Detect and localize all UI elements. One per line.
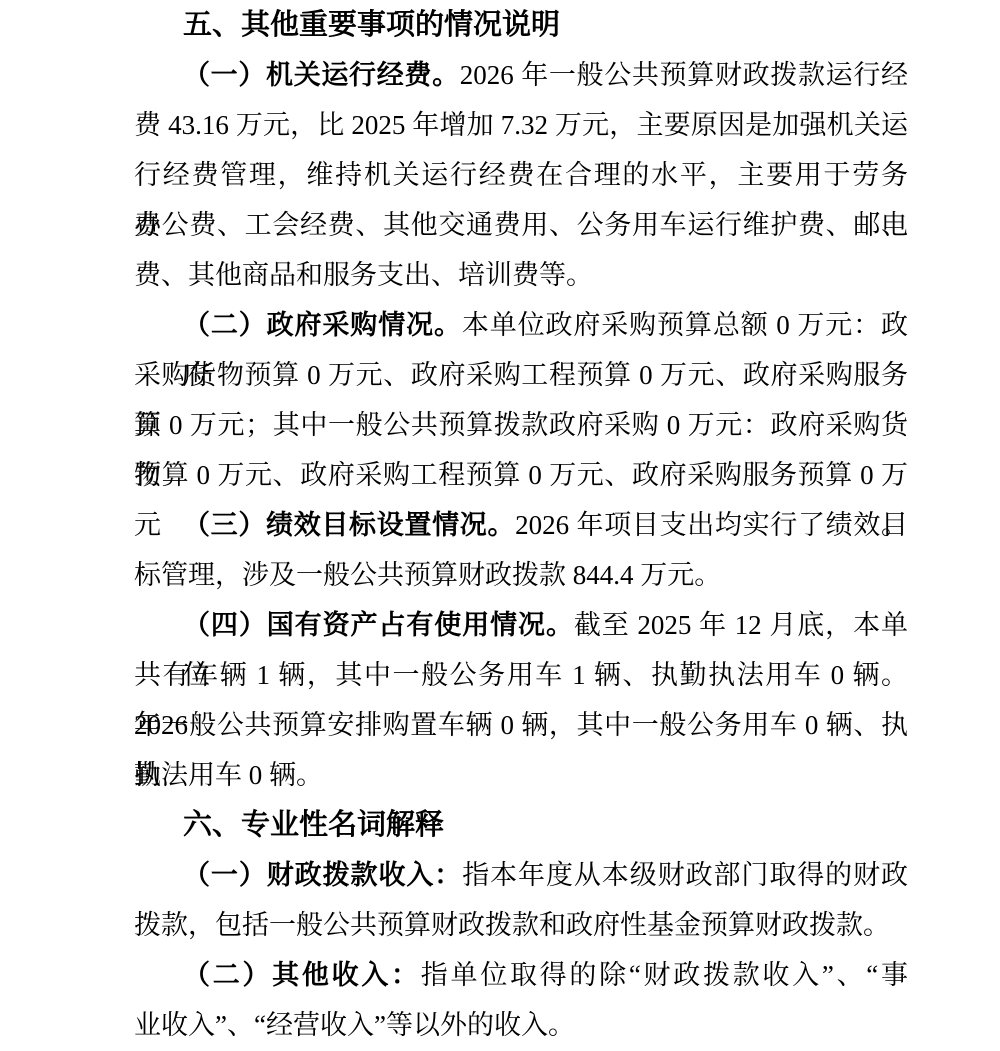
paragraph-body-text: 2026 年项目支出均实行了绩效目 bbox=[515, 510, 908, 540]
document-line: 业收入”、“经营收入”等以外的收入。 bbox=[134, 1000, 908, 1050]
document-line: 费 43.16 万元，比 2025 年增加 7.32 万元，主要原因是加强机关运 bbox=[134, 100, 908, 150]
paragraph-body-text: 办公费、工会经费、其他交通费用、公务用车运行维护费、邮电 bbox=[134, 210, 908, 240]
document-line: （四）国有资产占有使用情况。截至 2025 年 12 月底，本单位 bbox=[134, 600, 908, 650]
document-line: 拨款，包括一般公共预算财政拨款和政府性基金预算财政拨款。 bbox=[134, 900, 908, 950]
document-line: （二）其他收入：指单位取得的除“财政拨款收入”、“事 bbox=[134, 950, 908, 1000]
paragraph-body-text: 费、其他商品和服务支出、培训费等。 bbox=[134, 260, 593, 290]
paragraph-body-text: 业收入”、“经营收入”等以外的收入。 bbox=[134, 1010, 575, 1040]
document-line: 预算 0 万元、政府采购工程预算 0 万元、政府采购服务预算 0 万元。 bbox=[134, 450, 908, 500]
section-heading-text: 六、专业性名词解释 bbox=[183, 809, 444, 841]
paragraph-body-text: 拨款，包括一般公共预算财政拨款和政府性基金预算财政拨款。 bbox=[134, 910, 890, 940]
document-body: 五、其他重要事项的情况说明（一）机关运行经费。2026 年一般公共预算财政拨款运… bbox=[134, 0, 908, 1050]
paragraph-lead-text: （四）国有资产占有使用情况。 bbox=[183, 610, 574, 640]
paragraph-body-text: 指单位取得的除“财政拨款收入”、“事 bbox=[421, 960, 908, 990]
document-line: 费、其他商品和服务支出、培训费等。 bbox=[134, 250, 908, 300]
document-line: （三）绩效目标设置情况。2026 年项目支出均实行了绩效目 bbox=[134, 500, 908, 550]
document-line: 办公费、工会经费、其他交通费用、公务用车运行维护费、邮电 bbox=[134, 200, 908, 250]
document-line: 共有车辆 1 辆，其中一般公务用车 1 辆、执勤执法用车 0 辆。2026 bbox=[134, 650, 908, 700]
paragraph-lead-text: （二）政府采购情况。 bbox=[183, 310, 462, 340]
document-line: （一）财政拨款收入：指本年度从本级财政部门取得的财政 bbox=[134, 850, 908, 900]
document-line: 采购货物预算 0 万元、政府采购工程预算 0 万元、政府采购服务预 bbox=[134, 350, 908, 400]
document-line: 行经费管理，维持机关运行经费在合理的水平，主要用于劳务费、 bbox=[134, 150, 908, 200]
paragraph-lead-text: （一）财政拨款收入： bbox=[183, 860, 462, 890]
document-page: 五、其他重要事项的情况说明（一）机关运行经费。2026 年一般公共预算财政拨款运… bbox=[0, 0, 1000, 1051]
section-heading: 六、专业性名词解释 bbox=[134, 800, 908, 850]
paragraph-lead-text: （一）机关运行经费。 bbox=[183, 60, 460, 90]
document-line: 标管理，涉及一般公共预算财政拨款 844.4 万元。 bbox=[134, 550, 908, 600]
document-line: （一）机关运行经费。2026 年一般公共预算财政拨款运行经 bbox=[134, 50, 908, 100]
paragraph-body-text: 费 43.16 万元，比 2025 年增加 7.32 万元，主要原因是加强机关运 bbox=[134, 110, 908, 140]
document-line: 算 0 万元；其中一般公共预算拨款政府采购 0 万元：政府采购货物 bbox=[134, 400, 908, 450]
paragraph-body-text: 2026 年一般公共预算财政拨款运行经 bbox=[460, 60, 908, 90]
section-heading: 五、其他重要事项的情况说明 bbox=[134, 0, 908, 50]
document-line: （二）政府采购情况。本单位政府采购预算总额 0 万元：政府 bbox=[134, 300, 908, 350]
section-heading-text: 五、其他重要事项的情况说明 bbox=[183, 9, 560, 41]
document-line: 年一般公共预算安排购置车辆 0 辆，其中一般公务用车 0 辆、执勤 bbox=[134, 700, 908, 750]
paragraph-lead-text: （二）其他收入： bbox=[183, 960, 421, 990]
paragraph-body-text: 标管理，涉及一般公共预算财政拨款 844.4 万元。 bbox=[134, 560, 721, 590]
paragraph-body-text: 执法用车 0 辆。 bbox=[134, 760, 323, 790]
document-line: 执法用车 0 辆。 bbox=[134, 750, 908, 800]
paragraph-lead-text: （三）绩效目标设置情况。 bbox=[183, 510, 515, 540]
paragraph-body-text: 指本年度从本级财政部门取得的财政 bbox=[462, 860, 908, 890]
